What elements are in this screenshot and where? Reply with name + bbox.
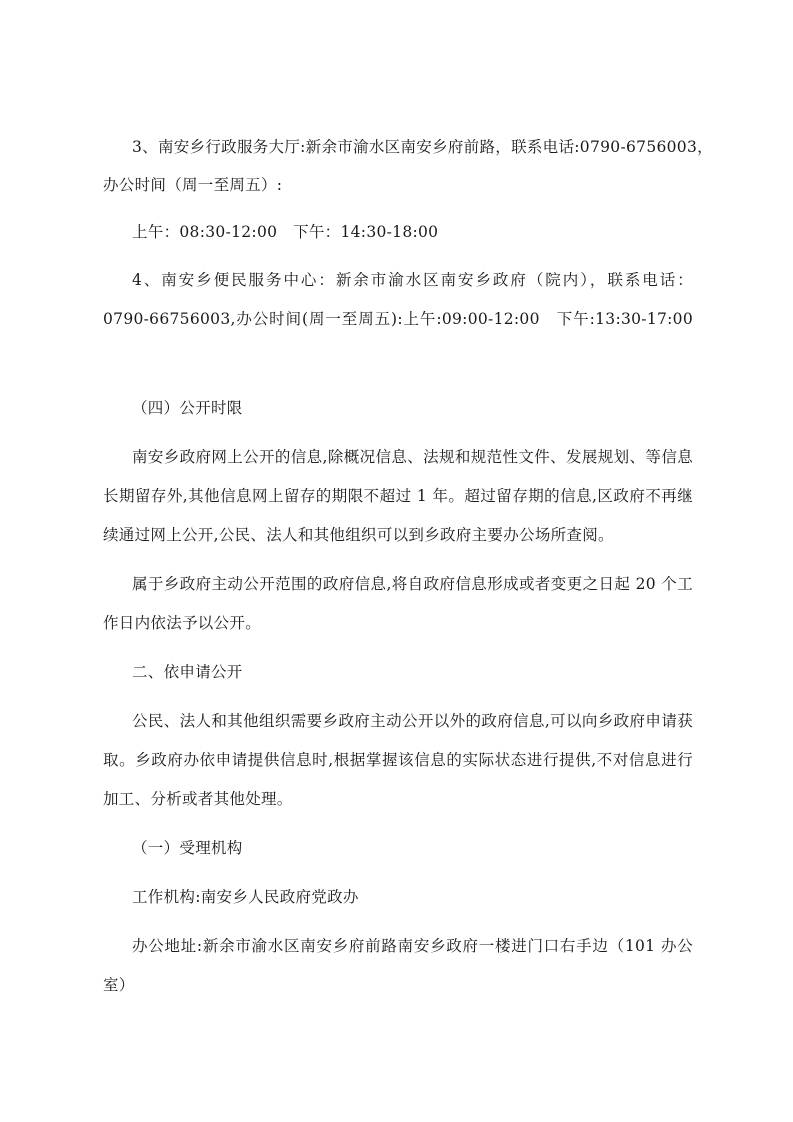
apply-line-1: 公民、法人和其他组织需要乡政府主动公开以外的政府信息,可以向乡政府申请获 [132,711,693,731]
office-address-line-2: 室） [103,975,693,995]
hall-address-line-1: 3、南安乡行政服务大厅:新余市渝水区南安乡府前路，联系电话:0790-67560… [132,137,693,157]
twenty-days-line-1: 属于乡政府主动公开范围的政府信息,将自政府信息形成或者变更之日起 20 个工 [132,574,693,594]
twenty-days-line-2: 作日内依法予以公开。 [103,613,693,633]
section-heading-time-limit: （四）公开时限 [132,398,722,418]
hall-address-line-2: 办公时间（周一至周五）: [103,175,693,195]
section-heading-apply: 二、依申请公开 [132,662,693,682]
retention-line-3: 续通过网上公开,公民、法人和其他组织可以到乡政府主要办公场所查阅。 [103,525,693,545]
center-address-line-2: 0790-66756003,办公时间(周一至周五):上午:09:00-12:00… [103,309,693,329]
retention-line-1: 南安乡政府网上公开的信息,除概况信息、法规和规范性文件、发展规划、等信息 [132,447,693,467]
apply-line-3: 加工、分析或者其他处理。 [103,789,693,809]
retention-line-2: 长期留存外,其他信息网上留存的期限不超过 1 年。超过留存期的信息,区政府不再继 [103,486,693,506]
document-page: 3、南安乡行政服务大厅:新余市渝水区南安乡府前路，联系电话:0790-67560… [0,0,793,1122]
hall-hours: 上午：08:30-12:00 下午：14:30-18:00 [132,222,693,242]
section-heading-agency: （一）受理机构 [132,838,722,858]
office-address-line-1: 办公地址:新余市渝水区南安乡府前路南安乡政府一楼进门口右手边（101 办公 [132,936,693,956]
agency-name: 工作机构:南安乡人民政府党政办 [132,887,693,907]
apply-line-2: 取。乡政府办依申请提供信息时,根据掌握该信息的实际状态进行提供,不对信息进行 [103,750,693,770]
center-address-line-1: 4、南安乡便民服务中心：新余市渝水区南安乡政府（院内），联系电话： [132,270,693,290]
